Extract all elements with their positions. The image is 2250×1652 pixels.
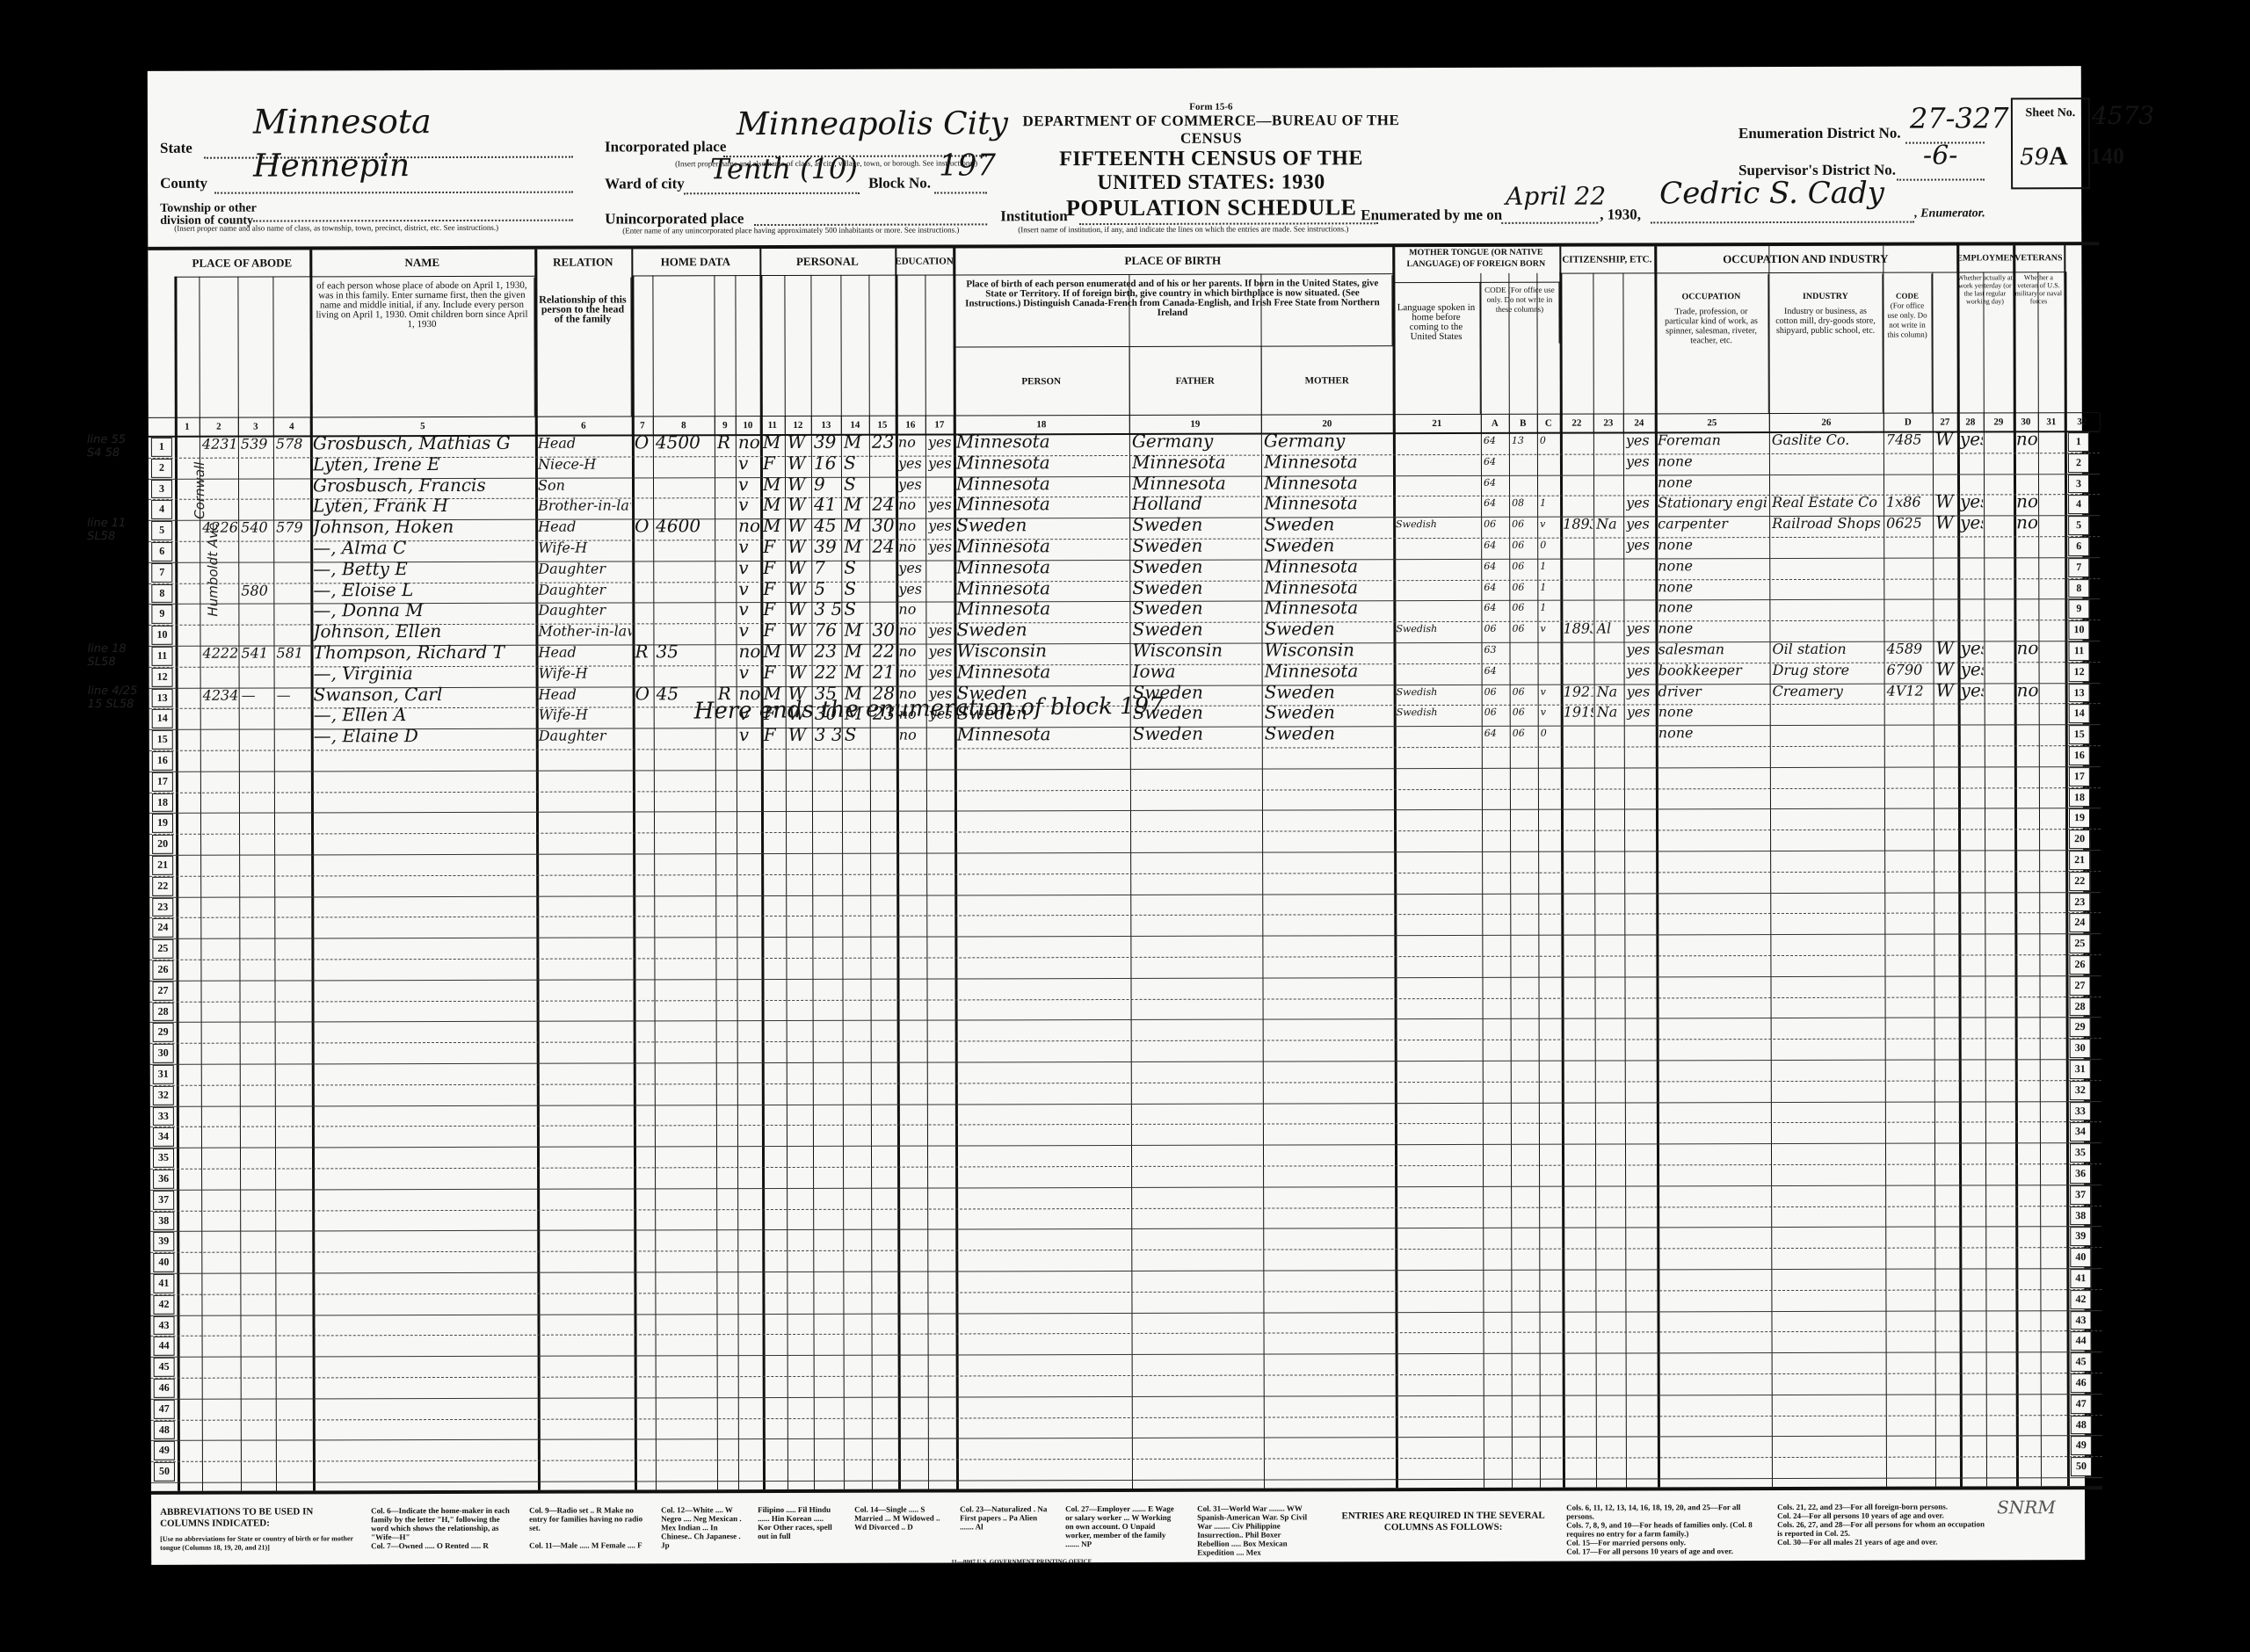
cell-language: Swedish xyxy=(1396,619,1480,640)
cell-read: yes xyxy=(928,620,953,641)
cell-relation: Wife-H xyxy=(538,537,631,558)
line-number-right: 12 xyxy=(2069,663,2090,682)
line-number-right: 16 xyxy=(2069,746,2090,765)
header-name-desc: of each person whose place of abode on A… xyxy=(309,278,534,417)
cell-school: no xyxy=(898,495,925,516)
required-8: Col. 30—For all males 21 years of age an… xyxy=(1777,1537,1988,1547)
line-number-right: 26 xyxy=(2069,955,2090,975)
header-industry-desc: INDUSTRYIndustry or business, as cotton … xyxy=(1768,274,1883,413)
header-industry-title: INDUSTRY xyxy=(1772,292,1878,301)
cell-english: yes xyxy=(1626,430,1654,451)
cell-codeA: 64 xyxy=(1484,576,1508,598)
header-employment-desc: Whether actually at work yesterday (or t… xyxy=(1956,273,2014,317)
cell-codeD: 6790 xyxy=(1887,659,1933,680)
line-number: 16 xyxy=(152,751,173,771)
cell-relation: Mother-in-law xyxy=(538,621,631,642)
cell-class: W xyxy=(1936,680,1957,701)
line-number-right: 2 xyxy=(2068,453,2089,473)
cell-age-marr: 30 xyxy=(872,620,895,641)
line-number: 11 xyxy=(151,647,172,666)
cell-veteran: no xyxy=(2016,638,2037,659)
cell-dwelling: — xyxy=(242,685,273,706)
cell-birth-mother: Minnesota xyxy=(1264,494,1392,515)
cell-value: 4500 xyxy=(656,432,714,453)
cell-birth-person: Minnesota xyxy=(956,453,1129,474)
enumerator-line xyxy=(1651,211,1914,224)
cell-race: W xyxy=(787,579,810,600)
column-number: 22 xyxy=(1560,415,1594,432)
line-number-right: 21 xyxy=(2069,851,2090,870)
cell-family: 579 xyxy=(276,518,309,539)
cell-marital: S xyxy=(844,599,868,620)
cell-codeB: 06 xyxy=(1512,576,1536,598)
cell-industry: Creamery xyxy=(1773,680,1883,701)
required-5: Cols. 21, 22, and 23—For all foreign-bor… xyxy=(1777,1502,1988,1511)
cell-codeD: 4V12 xyxy=(1887,680,1933,701)
group-place-of-abode: PLACE OF ABODE xyxy=(174,250,311,277)
abbrev-col6: Col. 6—Indicate the home-maker in each f… xyxy=(371,1506,512,1541)
sheet-number-box: Sheet No. 59A xyxy=(2011,98,2090,189)
cell-read: yes xyxy=(928,431,953,453)
cell-codeA: 06 xyxy=(1484,681,1509,702)
cell-occupation: none xyxy=(1658,472,1768,493)
line-number: 19 xyxy=(152,814,173,833)
cell-birth-person: Minnesota xyxy=(957,662,1129,683)
line-number: 18 xyxy=(152,793,173,812)
cell-farm: v xyxy=(738,475,759,496)
ward-value: Tenth (10) xyxy=(710,152,858,185)
cell-relation: Head xyxy=(538,517,631,538)
cell-birth-person: Minnesota xyxy=(956,598,1129,619)
line-number-right: 48 xyxy=(2071,1416,2092,1435)
cell-occupation: none xyxy=(1658,451,1768,472)
cell-codeD: 7485 xyxy=(1886,430,1932,451)
cell-natur: Na xyxy=(1596,514,1622,535)
line-number: 38 xyxy=(153,1211,174,1230)
cell-birth-mother: Germany xyxy=(1264,431,1392,452)
cell-race: W xyxy=(787,537,810,558)
cell-race: W xyxy=(787,516,810,537)
stamp-number: 140 xyxy=(2090,143,2124,170)
cell-english: yes xyxy=(1626,619,1654,640)
abbrev-col31: Col. 31—World War ........ WW Spanish-Am… xyxy=(1197,1503,1311,1556)
cell-birth-mother: Sweden xyxy=(1265,703,1393,724)
cell-age: 22 xyxy=(815,663,841,684)
line-number: 27 xyxy=(152,982,173,1001)
cell-name: Johnson, Hoken xyxy=(313,517,534,538)
enumerated-date-line xyxy=(1501,212,1598,224)
column-number: 32 xyxy=(2065,413,2101,431)
cell-sex: F xyxy=(763,579,784,600)
margin-note: line 4/25 15 SL58 xyxy=(88,685,141,711)
cell-codeA: 06 xyxy=(1484,619,1508,640)
county-label: County xyxy=(160,175,207,192)
header-mother: MOTHER xyxy=(1261,345,1394,415)
line-number: 2 xyxy=(151,459,172,478)
cell-work: yes xyxy=(1960,638,1983,659)
abbrev-title: ABBREVIATIONS TO BE USED IN COLUMNS INDI… xyxy=(160,1506,362,1530)
cell-relation: Head xyxy=(539,684,632,705)
line-number: 13 xyxy=(152,688,173,707)
cell-english: yes xyxy=(1626,639,1654,660)
cell-codeC: v xyxy=(1540,514,1559,535)
cell-codeB: 06 xyxy=(1513,702,1537,723)
abbrev-note: [Use no abbreviations for State or count… xyxy=(160,1534,362,1553)
cell-codeB: 06 xyxy=(1512,619,1536,640)
cell-name: —, Donna M xyxy=(313,600,534,621)
cell-age: 41 xyxy=(814,495,840,516)
line-number: 12 xyxy=(152,668,173,687)
cell-marital: S xyxy=(845,725,869,746)
enumerated-date: April 22 xyxy=(1506,182,1606,211)
line-number-right: 9 xyxy=(2068,599,2089,619)
line-number-right: 29 xyxy=(2070,1018,2091,1037)
cell-language: Swedish xyxy=(1397,682,1481,703)
group-veterans: VETERANS xyxy=(2013,245,2065,272)
cell-codeD: 4589 xyxy=(1886,639,1932,660)
cell-birth-father: Sweden xyxy=(1132,515,1260,536)
cell-codeA: 64 xyxy=(1484,723,1509,744)
cell-name: —, Virginia xyxy=(314,663,535,685)
cell-industry: Oil station xyxy=(1772,639,1883,660)
required-1: Cols. 6, 11, 12, 13, 14, 16, 18, 19, 20,… xyxy=(1566,1503,1760,1521)
abbrev-col27: Col. 27—Employer ....... E Wage or salar… xyxy=(1065,1504,1179,1548)
cell-birth-mother: Minnesota xyxy=(1264,473,1392,494)
line-number-right: 44 xyxy=(2071,1331,2092,1351)
cell-codeA: 64 xyxy=(1484,598,1508,619)
line-number-right: 45 xyxy=(2071,1352,2092,1372)
cell-read: yes xyxy=(928,516,953,537)
cell-english: yes xyxy=(1627,660,1655,681)
cell-marital: M xyxy=(844,516,868,537)
line-number-right: 50 xyxy=(2071,1457,2092,1476)
cell-relation: Head xyxy=(538,432,631,453)
cell-codeC: 1 xyxy=(1540,555,1559,576)
cell-birth-mother: Minnesota xyxy=(1264,577,1392,598)
cell-read: yes xyxy=(928,495,953,516)
cell-relation: Daughter xyxy=(539,726,632,747)
column-number: 29 xyxy=(1984,413,2014,431)
cell-birth-father: Sweden xyxy=(1133,724,1261,745)
enum-district-label: Enumeration District No. xyxy=(1738,125,1901,142)
line-number-right: 24 xyxy=(2069,913,2090,932)
street-name-note: Cornwall xyxy=(193,462,207,519)
group-education: EDUCATION xyxy=(895,248,954,275)
cell-class: W xyxy=(1935,492,1956,513)
header-relation-desc: Relationship of this person to the head … xyxy=(534,277,631,416)
state-value: Minnesota xyxy=(253,102,432,141)
header-birth-desc: Place of birth of each person enumerated… xyxy=(953,275,1392,346)
cell-sex: F xyxy=(763,453,784,475)
cell-marital: M xyxy=(844,620,868,641)
cell-race: W xyxy=(787,475,810,496)
line-number-right: 23 xyxy=(2069,893,2090,912)
cell-codeC: 0 xyxy=(1540,535,1559,556)
required-3: Col. 15—For married persons only. xyxy=(1566,1538,1760,1547)
cell-codeB: 06 xyxy=(1512,535,1536,556)
cell-relation: Daughter xyxy=(538,579,631,600)
cell-farm: v xyxy=(738,495,759,516)
abbrev-col11: Col. 11—Male ..... M Female .... F xyxy=(529,1540,643,1549)
cell-read: yes xyxy=(928,453,953,474)
cell-farm: v xyxy=(738,620,759,641)
township-line xyxy=(253,211,573,222)
cell-birth-mother: Sweden xyxy=(1264,535,1392,556)
line-number: 35 xyxy=(153,1148,174,1168)
line-number-right: 46 xyxy=(2071,1373,2092,1393)
line-number: 49 xyxy=(154,1441,175,1460)
cell-codeA: 06 xyxy=(1484,702,1509,723)
street-name-note: Humboldt Ave xyxy=(207,523,220,617)
footer-abbreviations: ABBREVIATIONS TO BE USED IN COLUMNS INDI… xyxy=(160,1502,2094,1569)
cell-birth-person: Sweden xyxy=(956,515,1129,536)
line-number: 14 xyxy=(152,709,173,728)
cell-age-marr: 23 xyxy=(872,432,895,453)
cell-sex: M xyxy=(763,516,784,537)
cell-race: W xyxy=(788,725,811,746)
cell-birth-person: Sweden xyxy=(956,619,1129,641)
line-number-right: 6 xyxy=(2068,537,2089,556)
cell-farm: no xyxy=(738,432,759,453)
header-occupation-title: OCCUPATION xyxy=(1658,292,1764,301)
enum-district-value: 27-327 xyxy=(1910,101,2009,134)
cell-sex: M xyxy=(763,475,784,496)
header-person: PERSON xyxy=(954,346,1130,417)
stamp-note: SNRM xyxy=(1997,1496,2056,1518)
cell-name: Lyten, Irene E xyxy=(313,454,534,475)
cell-race: W xyxy=(787,558,810,579)
ward-label: Ward of city xyxy=(605,175,685,192)
township-hint: (Insert proper name and also name of cla… xyxy=(174,223,578,233)
table-row: 5050 xyxy=(151,1456,2102,1483)
institution-line xyxy=(1079,212,1378,225)
cell-race: W xyxy=(788,663,811,684)
line-number: 23 xyxy=(152,897,173,917)
cell-farm: no xyxy=(738,516,759,537)
cell-codeC: v xyxy=(1540,619,1559,640)
cell-marital: S xyxy=(844,558,868,579)
header-industry-text: Industry or business, as cotton mill, dr… xyxy=(1772,307,1878,336)
cell-family: 581 xyxy=(276,642,309,663)
cell-natur: Na xyxy=(1597,681,1623,702)
cell-codeC: 1 xyxy=(1540,576,1559,598)
line-number: 20 xyxy=(152,835,173,854)
cell-birth-person: Minnesota xyxy=(956,557,1129,578)
line-number-right: 34 xyxy=(2070,1122,2091,1141)
line-number-right: 35 xyxy=(2070,1143,2091,1163)
required-cols: Cols. 6, 11, 12, 13, 14, 16, 18, 19, 20,… xyxy=(1566,1503,1760,1556)
line-number-right: 14 xyxy=(2069,704,2090,723)
cell-occupation: none xyxy=(1658,576,1768,598)
cell-veteran: no xyxy=(2017,680,2038,701)
cell-codeA: 64 xyxy=(1484,452,1508,473)
line-number-right: 15 xyxy=(2069,725,2090,744)
cell-codeA: 63 xyxy=(1484,640,1508,661)
cell-occupation: none xyxy=(1658,722,1769,743)
cell-english: yes xyxy=(1627,681,1655,702)
group-employment: EMPLOYMENT xyxy=(1956,245,2014,272)
group-citizenship: CITIZENSHIP, ETC. xyxy=(1559,246,1656,273)
line-number: 15 xyxy=(152,730,173,750)
county-value: Hennepin xyxy=(253,148,410,184)
line-number: 39 xyxy=(153,1232,174,1251)
population-table: PLACE OF ABODE NAME RELATION HOME DATA P… xyxy=(148,242,2102,1495)
line-number-right: 32 xyxy=(2070,1081,2091,1100)
line-number: 26 xyxy=(152,960,173,980)
cell-name: —, Elaine D xyxy=(314,726,535,747)
cell-occupation: none xyxy=(1658,701,1769,722)
cell-industry: Railroad Shops xyxy=(1772,513,1883,534)
cell-race: W xyxy=(787,432,810,453)
line-number: 8 xyxy=(151,583,172,603)
line-number: 5 xyxy=(151,521,172,540)
cell-age: 3 5/12 xyxy=(814,599,840,620)
line-number: 9 xyxy=(151,605,172,624)
line-number-right: 22 xyxy=(2069,872,2090,891)
cell-codeB: 08 xyxy=(1512,493,1536,514)
line-number: 37 xyxy=(153,1191,174,1210)
group-occupation-industry: OCCUPATION AND INDUSTRY xyxy=(1654,245,1958,273)
census-sheet: State Minnesota County Hennepin Township… xyxy=(148,66,2085,1565)
enumerator-suffix: , Enumerator. xyxy=(1914,206,1985,221)
cell-age: 23 xyxy=(814,641,840,663)
cell-codeC: 1 xyxy=(1540,493,1559,514)
cell-school: no xyxy=(898,599,925,620)
cell-immig: 1893 xyxy=(1563,619,1593,640)
cell-birth-father: Germany xyxy=(1132,431,1260,453)
line-number: 40 xyxy=(153,1253,174,1272)
cell-work: yes xyxy=(1960,513,1983,534)
cell-immig: 1893 xyxy=(1563,514,1593,535)
cell-school: yes xyxy=(898,578,925,599)
header-code-d-title: CODE xyxy=(1884,292,1929,301)
line-number: 7 xyxy=(151,563,172,583)
cell-school: yes xyxy=(898,453,925,474)
cell-race: W xyxy=(787,495,810,516)
cell-race: W xyxy=(787,599,810,620)
line-number: 46 xyxy=(154,1379,175,1398)
department-title: DEPARTMENT OF COMMERCE—BUREAU OF THE CEN… xyxy=(1018,112,1404,148)
incorporated-label: Incorporated place xyxy=(605,138,726,156)
cell-name: Lyten, Frank H xyxy=(313,496,534,517)
line-number-right: 30 xyxy=(2070,1039,2091,1058)
cell-birth-father: Minnesota xyxy=(1132,452,1260,473)
line-number-right: 3 xyxy=(2068,475,2089,494)
group-place-of-birth: PLACE OF BIRTH xyxy=(953,247,1394,275)
line-number: 33 xyxy=(153,1106,174,1126)
cell-school: yes xyxy=(898,557,925,578)
cell-marital: M xyxy=(844,432,868,453)
cell-occupation: driver xyxy=(1658,681,1769,702)
cell-relation: Head xyxy=(538,641,631,663)
cell-occupation: none xyxy=(1658,555,1768,576)
line-number-right: 7 xyxy=(2068,558,2089,577)
cell-language: Swedish xyxy=(1397,702,1481,723)
cell-birth-person: Minnesota xyxy=(956,431,1129,453)
cell-marital: M xyxy=(844,495,868,516)
required-cols-2: Cols. 21, 22, and 23—For all foreign-bor… xyxy=(1777,1502,1988,1547)
cell-work: yes xyxy=(1961,680,1984,701)
line-number: 50 xyxy=(154,1462,175,1482)
abbrev-col23: Col. 23—Naturalized . Na First papers ..… xyxy=(960,1504,1048,1531)
cell-codeB: 06 xyxy=(1512,514,1536,535)
cell-relation: Daughter xyxy=(538,600,631,621)
cell-birth-mother: Sweden xyxy=(1265,682,1393,703)
abbrev-col9: Col. 9—Radio set .. R Make no entry for … xyxy=(529,1505,643,1532)
cell-age-marr: 22 xyxy=(872,641,895,663)
enumerator-name: Cedric S. Cady xyxy=(1659,176,1884,212)
cell-industry: Gaslite Co. xyxy=(1772,430,1883,451)
cell-english: yes xyxy=(1626,534,1654,555)
cell-class: W xyxy=(1936,659,1957,680)
cell-sex: F xyxy=(763,537,784,558)
line-number-right: 5 xyxy=(2068,516,2089,535)
cell-school: no xyxy=(898,516,925,537)
cell-birth-mother: Sweden xyxy=(1264,514,1392,535)
required-7: Cols. 26, 27, and 28—For all persons for… xyxy=(1777,1519,1988,1538)
cell-codeC: v xyxy=(1541,681,1560,702)
required-6: Col. 24—For all persons 10 years of age … xyxy=(1777,1511,1988,1520)
cell-birth-father: Minnesota xyxy=(1132,473,1260,494)
line-number: 10 xyxy=(151,626,172,645)
cell-birth-mother: Minnesota xyxy=(1265,661,1393,682)
cell-radio: R xyxy=(717,432,735,453)
cell-codeC: 0 xyxy=(1540,431,1559,452)
group-relation: RELATION xyxy=(534,249,633,275)
line-number: 43 xyxy=(153,1315,174,1335)
cell-school: no xyxy=(898,432,925,453)
cell-occupation: Stationary engineer xyxy=(1658,492,1768,513)
cell-class: W xyxy=(1935,638,1956,659)
cell-occupation: bookkeeper xyxy=(1658,660,1769,681)
cell-house: 4231 xyxy=(202,434,237,455)
line-number-right: 37 xyxy=(2070,1185,2091,1205)
cell-farm: v xyxy=(738,599,759,620)
line-number: 30 xyxy=(153,1044,174,1063)
cell-farm: v xyxy=(738,558,759,579)
cell-age: 7 xyxy=(814,558,840,579)
required-title: ENTRIES ARE REQUIRED IN THE SEVERAL COLU… xyxy=(1338,1511,1549,1534)
abbrev-col12: Col. 12—White .... W Negro .... Neg Mexi… xyxy=(661,1505,749,1549)
line-number-right: 40 xyxy=(2070,1248,2091,1267)
cell-marital: M xyxy=(845,663,869,684)
line-number-right: 31 xyxy=(2070,1060,2091,1079)
cell-school: no xyxy=(898,620,925,641)
cell-language: Swedish xyxy=(1396,514,1480,535)
cell-industry: Real Estate Co xyxy=(1772,492,1883,513)
cell-read: yes xyxy=(929,662,954,683)
cell-race: W xyxy=(787,453,810,475)
cell-work: yes xyxy=(1960,429,1983,450)
cell-sex: F xyxy=(763,620,784,641)
line-number-right: 41 xyxy=(2070,1269,2091,1288)
cell-birth-mother: Minnesota xyxy=(1264,556,1392,577)
cell-read: yes xyxy=(928,641,953,662)
cell-age: 45 xyxy=(814,516,840,537)
cell-birth-father: Sweden xyxy=(1132,598,1260,619)
cell-birth-father: Holland xyxy=(1132,494,1260,515)
abbrev-col12-more: Filipino ..... Fil Hindu ...... Hin Kore… xyxy=(758,1505,837,1540)
block-label: Block No. xyxy=(868,175,931,192)
cell-codeA: 64 xyxy=(1484,431,1508,452)
line-number-right: 4 xyxy=(2068,495,2089,514)
abbrev-col14: Col. 14—Single ..... S Married ... M Wid… xyxy=(854,1505,942,1532)
cell-marital: S xyxy=(844,474,868,495)
cell-relation: Wife-H xyxy=(539,705,632,726)
cell-immig: 1919 xyxy=(1564,702,1593,723)
incorporated-value: Minneapolis City xyxy=(737,105,1008,142)
line-number-right: 49 xyxy=(2071,1436,2092,1455)
